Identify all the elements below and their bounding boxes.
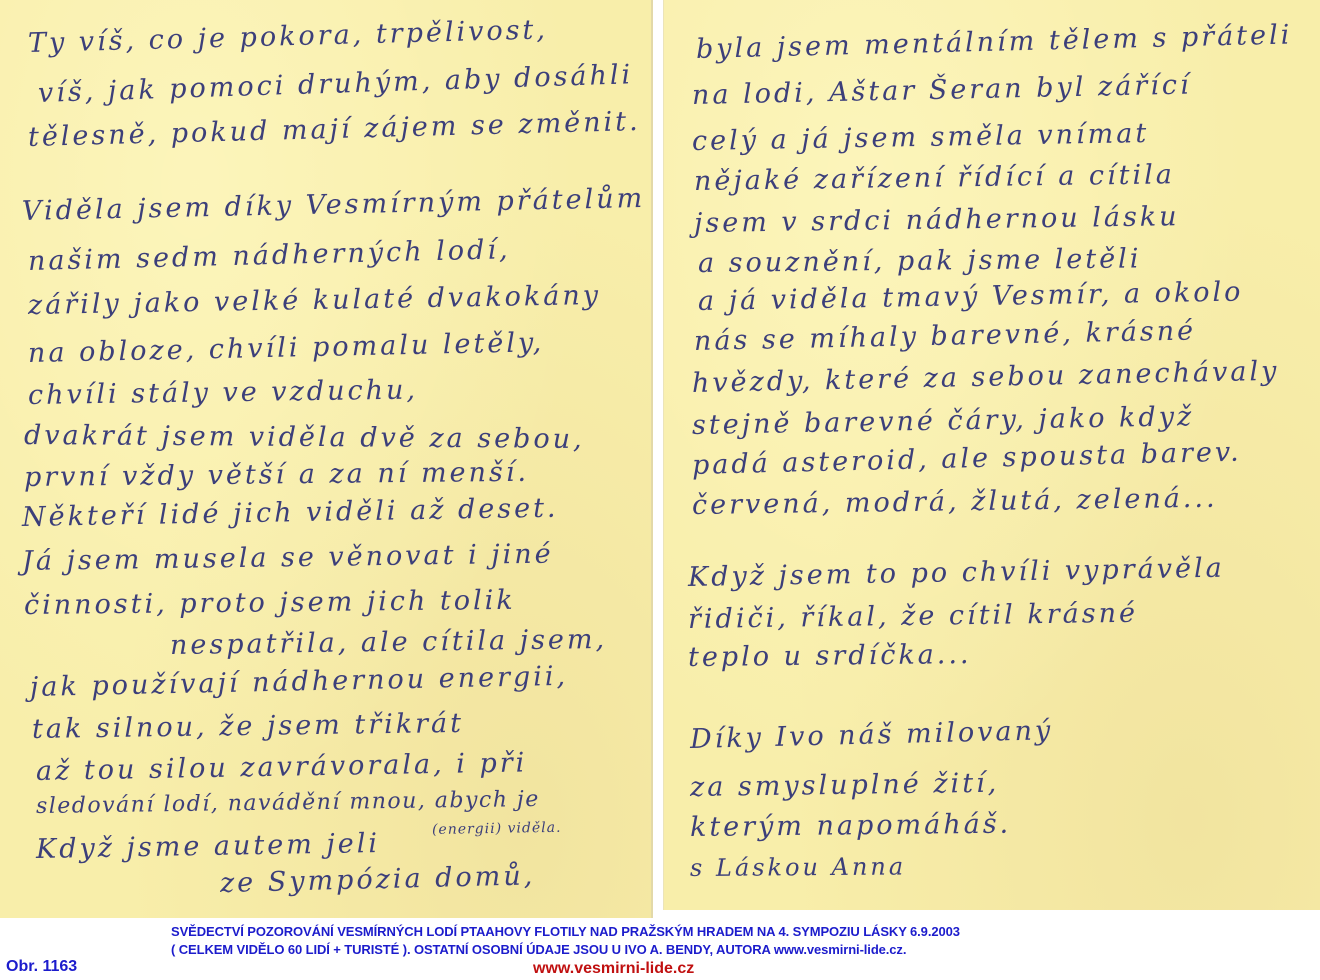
handwritten-line: Viděla jsem díky Vesmírným přátelům: [22, 183, 646, 227]
handwritten-line: tak silnou, že jsem třikrát: [32, 708, 464, 745]
signature: s Láskou Anna: [690, 852, 906, 882]
letter-page-left: Ty víš, co je pokora, trpělivost, víš, j…: [0, 0, 653, 918]
caption-title: SVĚDECTVÍ POZOROVÁNÍ VESMÍRNÝCH LODÍ PTA…: [171, 924, 960, 939]
handwritten-line: padá asteroid, ale spousta barev.: [692, 437, 1242, 481]
caption-subtitle: ( CELKEM VIDĚLO 60 LIDÍ + TURISTÉ ). OST…: [171, 942, 906, 957]
handwritten-line: Někteří lidé jich viděli až deset.: [22, 493, 559, 533]
handwritten-line: zářily jako velké kulaté dvakokány: [28, 280, 602, 321]
handwritten-line: víš, jak pomoci druhým, aby dosáhli: [38, 59, 634, 109]
handwritten-line: Ty víš, co je pokora, trpělivost,: [28, 14, 549, 59]
figure-number: Obr. 1163: [6, 958, 77, 976]
handwritten-line: první vždy větší a za ní menší.: [24, 457, 529, 493]
handwritten-annotation: (energii) viděla.: [432, 820, 562, 838]
handwritten-line: na lodi, Aštar Šeran byl zářící: [692, 70, 1192, 111]
handwritten-line: sledování lodí, navádění mnou, abych je: [36, 787, 540, 819]
handwritten-line: Když jsem to po chvíli vyprávěla: [688, 553, 1225, 593]
handwritten-line: činnosti, proto jsem jich tolik: [24, 585, 516, 621]
handwritten-line: našim sedm nádherných lodí,: [28, 234, 511, 277]
letter-page-right: byla jsem mentálním tělem s přáteli na l…: [663, 0, 1320, 910]
handwritten-line: Když jsme autem jeli: [36, 828, 381, 865]
handwritten-line: jsem v srdci nádhernou lásku: [694, 201, 1180, 239]
handwritten-line: nespatřila, ale cítila jsem,: [170, 624, 608, 661]
handwritten-line: byla jsem mentálním tělem s přáteli: [696, 19, 1293, 65]
handwritten-line: teplo u srdíčka...: [688, 639, 972, 673]
handwritten-line: nějaké zařízení řídící a cítila: [694, 159, 1175, 197]
handwritten-line: a já viděla tmavý Vesmír, a okolo: [698, 276, 1244, 317]
handwritten-line: chvíli stály ve vzduchu,: [28, 375, 418, 411]
website-link[interactable]: www.vesmirni-lide.cz: [533, 960, 694, 978]
handwritten-line: řidiči, říkal, že cítil krásné: [688, 598, 1138, 635]
handwritten-line: ze Sympózia domů,: [220, 860, 536, 899]
handwritten-line: a souznění, pak jsme letěli: [698, 243, 1142, 279]
handwritten-line: stejně barevné čáry, jako když: [692, 401, 1195, 441]
handwritten-line: kterým napomáháš.: [690, 809, 1011, 843]
handwritten-line: hvězdy, které za sebou zanechávaly: [692, 356, 1280, 399]
handwritten-line: na obloze, chvíli pomalu letěly,: [28, 327, 545, 369]
handwritten-line: červená, modrá, žlutá, zelená...: [692, 483, 1218, 521]
handwritten-line: za smysluplné žití,: [690, 768, 1000, 803]
handwritten-line: celý a já jsem směla vnímat: [692, 118, 1150, 157]
handwritten-line: až tou silou zavrávorala, i při: [36, 747, 528, 787]
handwritten-line: tělesně, pokud mají zájem se změnit.: [28, 106, 641, 153]
page-gap: [653, 0, 663, 918]
handwritten-line: dvakrát jsem viděla dvě za sebou,: [24, 420, 585, 455]
handwritten-line: Já jsem musela se věnovat i jiné: [22, 539, 554, 577]
handwritten-line: Díky Ivo náš milovaný: [690, 715, 1054, 755]
handwritten-line: nás se míhaly barevné, krásné: [694, 315, 1197, 357]
handwritten-line: jak používají nádhernou energii,: [30, 661, 569, 703]
